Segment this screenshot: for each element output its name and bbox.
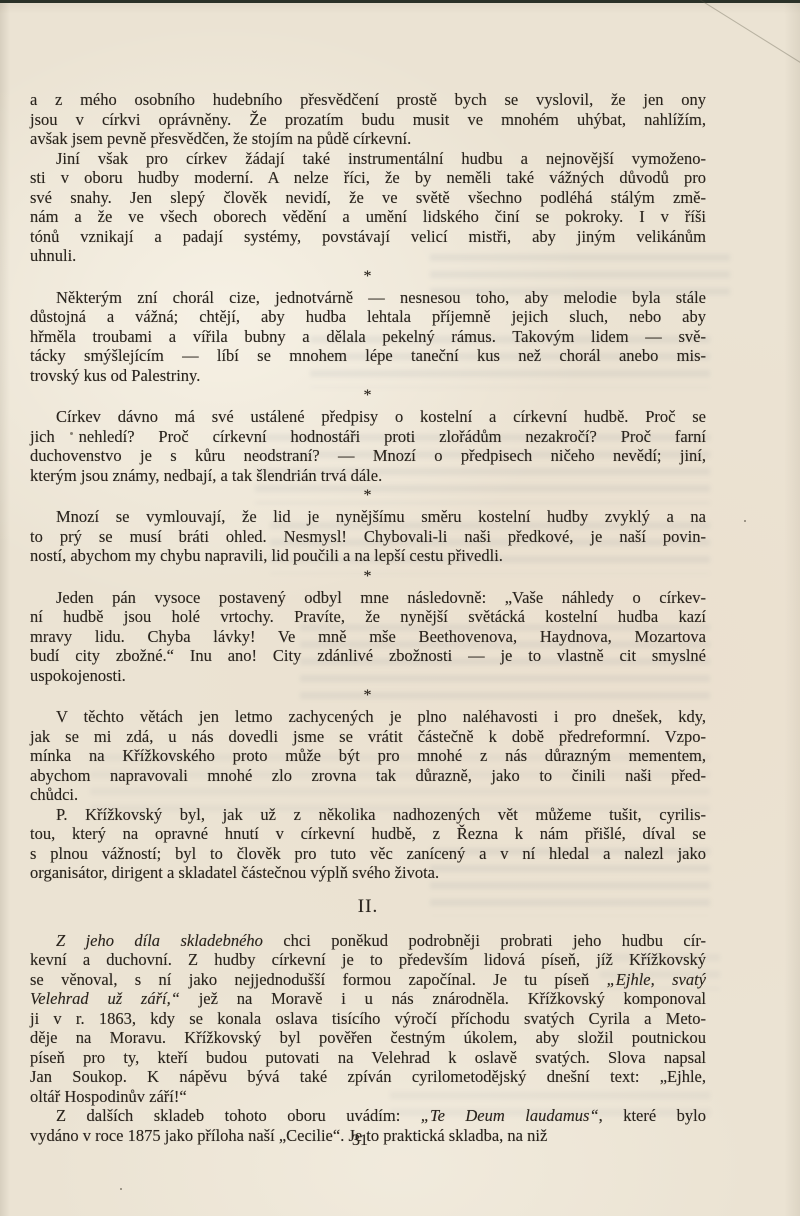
paragraph: Některým zní chorál cize, jednotvárně — … <box>30 288 706 386</box>
text-line: jsou v církvi oprávněny. Že prozatím bud… <box>30 110 706 130</box>
text-segment: , které bylo <box>599 1106 706 1125</box>
text-line: to prý se musí bráti ohled. Nesmysl! Chy… <box>30 527 706 547</box>
italic-text: Velehrad už září,“ <box>30 989 180 1008</box>
text-segment: abychom napravovali mnohé zlo zrovna tak… <box>30 766 706 785</box>
text-segment: Některým zní chorál cize, jednotvárně — … <box>56 288 706 307</box>
text-segment: tácky smýšlejícím — líbí se mnohem lépe … <box>30 346 706 365</box>
text-line: tónů vznikají a padají systémy, povstáva… <box>30 227 706 247</box>
text-line: organisátor, dirigent a skladatel částeč… <box>30 863 706 883</box>
text-line: Z dalších skladeb tohoto oboru uvádím: „… <box>30 1106 706 1126</box>
text-line: nám a že ve všech oborech vědění a umění… <box>30 207 706 227</box>
text-line: tácky smýšlejícím — líbí se mnohem lépe … <box>30 346 706 366</box>
text-segment: s plnou vážností; byl to člověk pro tuto… <box>30 844 706 863</box>
text-segment: avšak jsem pevně přesvědčen, že stojím n… <box>30 129 411 148</box>
text-segment: Jeden pán vysoce postavený odbyl mne nás… <box>56 588 706 607</box>
text-segment: děje na Moravu. Křížkovský byl pověřen č… <box>30 1028 706 1047</box>
text-line: Z jeho díla skladebného chci poněkud pod… <box>30 931 706 951</box>
text-line: trovský kus od Palestriny. <box>30 366 706 386</box>
text-segment: V těchto větách jen letmo zachycených je… <box>56 707 706 726</box>
paragraph: Mnozí se vymlouvají, že lid je nynějšímu… <box>30 507 706 566</box>
paragraph: V těchto větách jen letmo zachycených je… <box>30 707 706 805</box>
text-segment: se věnoval, s ní jako nejjednodušší form… <box>30 970 607 989</box>
text-segment: organisátor, dirigent a skladatel částeč… <box>30 863 439 882</box>
text-line: V těchto větách jen letmo zachycených je… <box>30 707 706 727</box>
asterisk-separator: * <box>30 485 706 507</box>
paragraph: Církev dávno má své ustálené předpisy o … <box>30 407 706 485</box>
asterisk-separator: * <box>30 685 706 707</box>
text-line: kevní a duchovní. Z hudby církevní je to… <box>30 950 706 970</box>
text-line: avšak jsem pevně přesvědčen, že stojím n… <box>30 129 706 149</box>
text-segment: to prý se musí bráti ohled. Nesmysl! Chy… <box>30 527 706 546</box>
text-segment: sti v oboru hudby moderní. A nelze říci,… <box>30 168 706 187</box>
paper-crease <box>645 0 800 72</box>
text-segment: a z mého osobního hudebního přesvědčení … <box>30 90 706 109</box>
text-segment: oltář Hospodinův září!“ <box>30 1087 187 1106</box>
text-line: duchovenstvo je s kůru neodstraní? — Mno… <box>30 446 706 466</box>
text-line: se věnoval, s ní jako nejjednodušší form… <box>30 970 706 990</box>
text-line: Velehrad už září,“ jež na Moravě i u nás… <box>30 989 706 1009</box>
text-segment: důstojná a vážná; chtějí, aby hudba leht… <box>30 307 706 326</box>
text-segment: mravy lidu. Chyba lávky! Ve mně mše Beet… <box>30 627 706 646</box>
scan-top-edge <box>0 0 800 3</box>
text-line: Církev dávno má své ustálené předpisy o … <box>30 407 706 427</box>
paragraph: Jiní však pro církev žádají také instrum… <box>30 149 706 266</box>
text-segment: kterým jsou známy, nedbají, a tak šlendr… <box>30 466 382 485</box>
text-segment: trovský kus od Palestriny. <box>30 366 200 385</box>
text-segment: P. Křížkovský byl, jak už z několika nad… <box>56 805 706 824</box>
text-segment: jak se mi zdá, u nás dovedli jsme se vrá… <box>30 727 706 746</box>
asterisk-separator: * <box>30 385 706 407</box>
text-segment: jsou v církvi oprávněny. Že prozatím bud… <box>30 110 706 129</box>
text-segment: hřměla troubami a vířila bubny a dělala … <box>30 327 706 346</box>
text-line: své snahy. Jen slepý člověk nevidí, že v… <box>30 188 706 208</box>
text-segment: tónů vznikají a padají systémy, povstáva… <box>30 227 706 246</box>
text-segment: chci poněkud podrobněji probrati jeho hu… <box>263 931 706 950</box>
text-line: důstojná a vážná; chtějí, aby hudba leht… <box>30 307 706 327</box>
text-line: mravy lidu. Chyba lávky! Ve mně mše Beet… <box>30 627 706 647</box>
text-segment: budí city zbožné.“ Inu ano! City zdánliv… <box>30 646 706 665</box>
text-line: mínka na Křížkovského proto může být pro… <box>30 746 706 766</box>
text-line: Některým zní chorál cize, jednotvárně — … <box>30 288 706 308</box>
paragraph: Jeden pán vysoce postavený odbyl mne nás… <box>30 588 706 686</box>
paragraph: P. Křížkovský byl, jak už z několika nad… <box>30 805 706 883</box>
text-line: P. Křížkovský byl, jak už z několika nad… <box>30 805 706 825</box>
text-line: uspokojenosti. <box>30 666 706 686</box>
text-segment: kevní a duchovní. Z hudby církevní je to… <box>30 950 706 969</box>
text-column: a z mého osobního hudebního přesvědčení … <box>30 90 706 1145</box>
text-line: oltář Hospodinův září!“ <box>30 1087 706 1107</box>
section-heading: II. <box>30 883 706 931</box>
text-line: ností, abychom my chybu napravili, lid p… <box>30 546 706 566</box>
asterisk-separator: * <box>30 566 706 588</box>
text-line: hřměla troubami a vířila bubny a dělala … <box>30 327 706 347</box>
text-segment: tou, který na opravné hnutí v církevní h… <box>30 824 706 843</box>
text-segment: píseň pro ty, kteří budou putovati na Ve… <box>30 1048 706 1067</box>
text-segment: duchovenstvo je s kůru neodstraní? — Mno… <box>30 446 706 465</box>
text-line: budí city zbožné.“ Inu ano! City zdánliv… <box>30 646 706 666</box>
text-segment: své snahy. Jen slepý člověk nevidí, že v… <box>30 188 706 207</box>
text-line: abychom napravovali mnohé zlo zrovna tak… <box>30 766 706 786</box>
text-segment: mínka na Křížkovského proto může být pro… <box>30 746 706 765</box>
text-line: chůdci. <box>30 785 706 805</box>
text-segment: nám a že ve všech oborech vědění a umění… <box>30 207 706 226</box>
page-number: 31 <box>30 1132 690 1150</box>
text-line: ní hudbě jsou holé vrtochy. Pravíte, že … <box>30 607 706 627</box>
text-line: s plnou vážností; byl to člověk pro tuto… <box>30 844 706 864</box>
italic-text: „Ejhle, svatý <box>607 970 706 989</box>
text-line: jak se mi zdá, u nás dovedli jsme se vrá… <box>30 727 706 747</box>
text-segment: chůdci. <box>30 785 78 804</box>
italic-text: Z jeho díla skladebného <box>56 931 263 950</box>
scanned-book-page: a z mého osobního hudebního přesvědčení … <box>0 0 800 1216</box>
text-line: Jeden pán vysoce postavený odbyl mne nás… <box>30 588 706 608</box>
text-segment: ní hudbě jsou holé vrtochy. Pravíte, že … <box>30 607 706 626</box>
text-line: ji v r. 1863, kdy se konala oslava tisíc… <box>30 1009 706 1029</box>
asterisk-separator: * <box>30 266 706 288</box>
text-segment: uhnuli. <box>30 246 76 265</box>
paragraph: a z mého osobního hudebního přesvědčení … <box>30 90 706 149</box>
text-segment: Církev dávno má své ustálené předpisy o … <box>56 407 706 426</box>
text-segment: Mnozí se vymlouvají, že lid je nynějšímu… <box>56 507 706 526</box>
paper-speck <box>120 1188 122 1190</box>
text-segment: ností, abychom my chybu napravili, lid p… <box>30 546 503 565</box>
text-line: a z mého osobního hudebního přesvědčení … <box>30 90 706 110</box>
text-line: Jiní však pro církev žádají také instrum… <box>30 149 706 169</box>
paragraph: Z jeho díla skladebného chci poněkud pod… <box>30 931 706 1107</box>
text-segment: jich nehledí? Proč církevní hodnostáři p… <box>30 427 706 446</box>
text-line: kterým jsou známy, nedbají, a tak šlendr… <box>30 466 706 486</box>
text-segment: ji v r. 1863, kdy se konala oslava tisíc… <box>30 1009 706 1028</box>
text-line: jich nehledí? Proč církevní hodnostáři p… <box>30 427 706 447</box>
text-line: Jan Soukop. K nápěvu bývá také zpíván cy… <box>30 1067 706 1087</box>
text-segment: Jan Soukop. K nápěvu bývá také zpíván cy… <box>30 1067 706 1086</box>
text-segment: uspokojenosti. <box>30 666 126 685</box>
paper-speck <box>744 520 746 522</box>
text-line: Mnozí se vymlouvají, že lid je nynějšímu… <box>30 507 706 527</box>
text-segment: jež na Moravě i u nás znárodněla. Křížko… <box>180 989 706 1008</box>
text-line: tou, který na opravné hnutí v církevní h… <box>30 824 706 844</box>
text-segment: Z dalších skladeb tohoto oboru uvádím: <box>56 1106 421 1125</box>
text-line: děje na Moravu. Křížkovský byl pověřen č… <box>30 1028 706 1048</box>
italic-text: „Te Deum laudamus“ <box>421 1106 599 1125</box>
text-line: píseň pro ty, kteří budou putovati na Ve… <box>30 1048 706 1068</box>
text-segment: Jiní však pro církev žádají také instrum… <box>56 149 706 168</box>
text-line: uhnuli. <box>30 246 706 266</box>
text-line: sti v oboru hudby moderní. A nelze říci,… <box>30 168 706 188</box>
